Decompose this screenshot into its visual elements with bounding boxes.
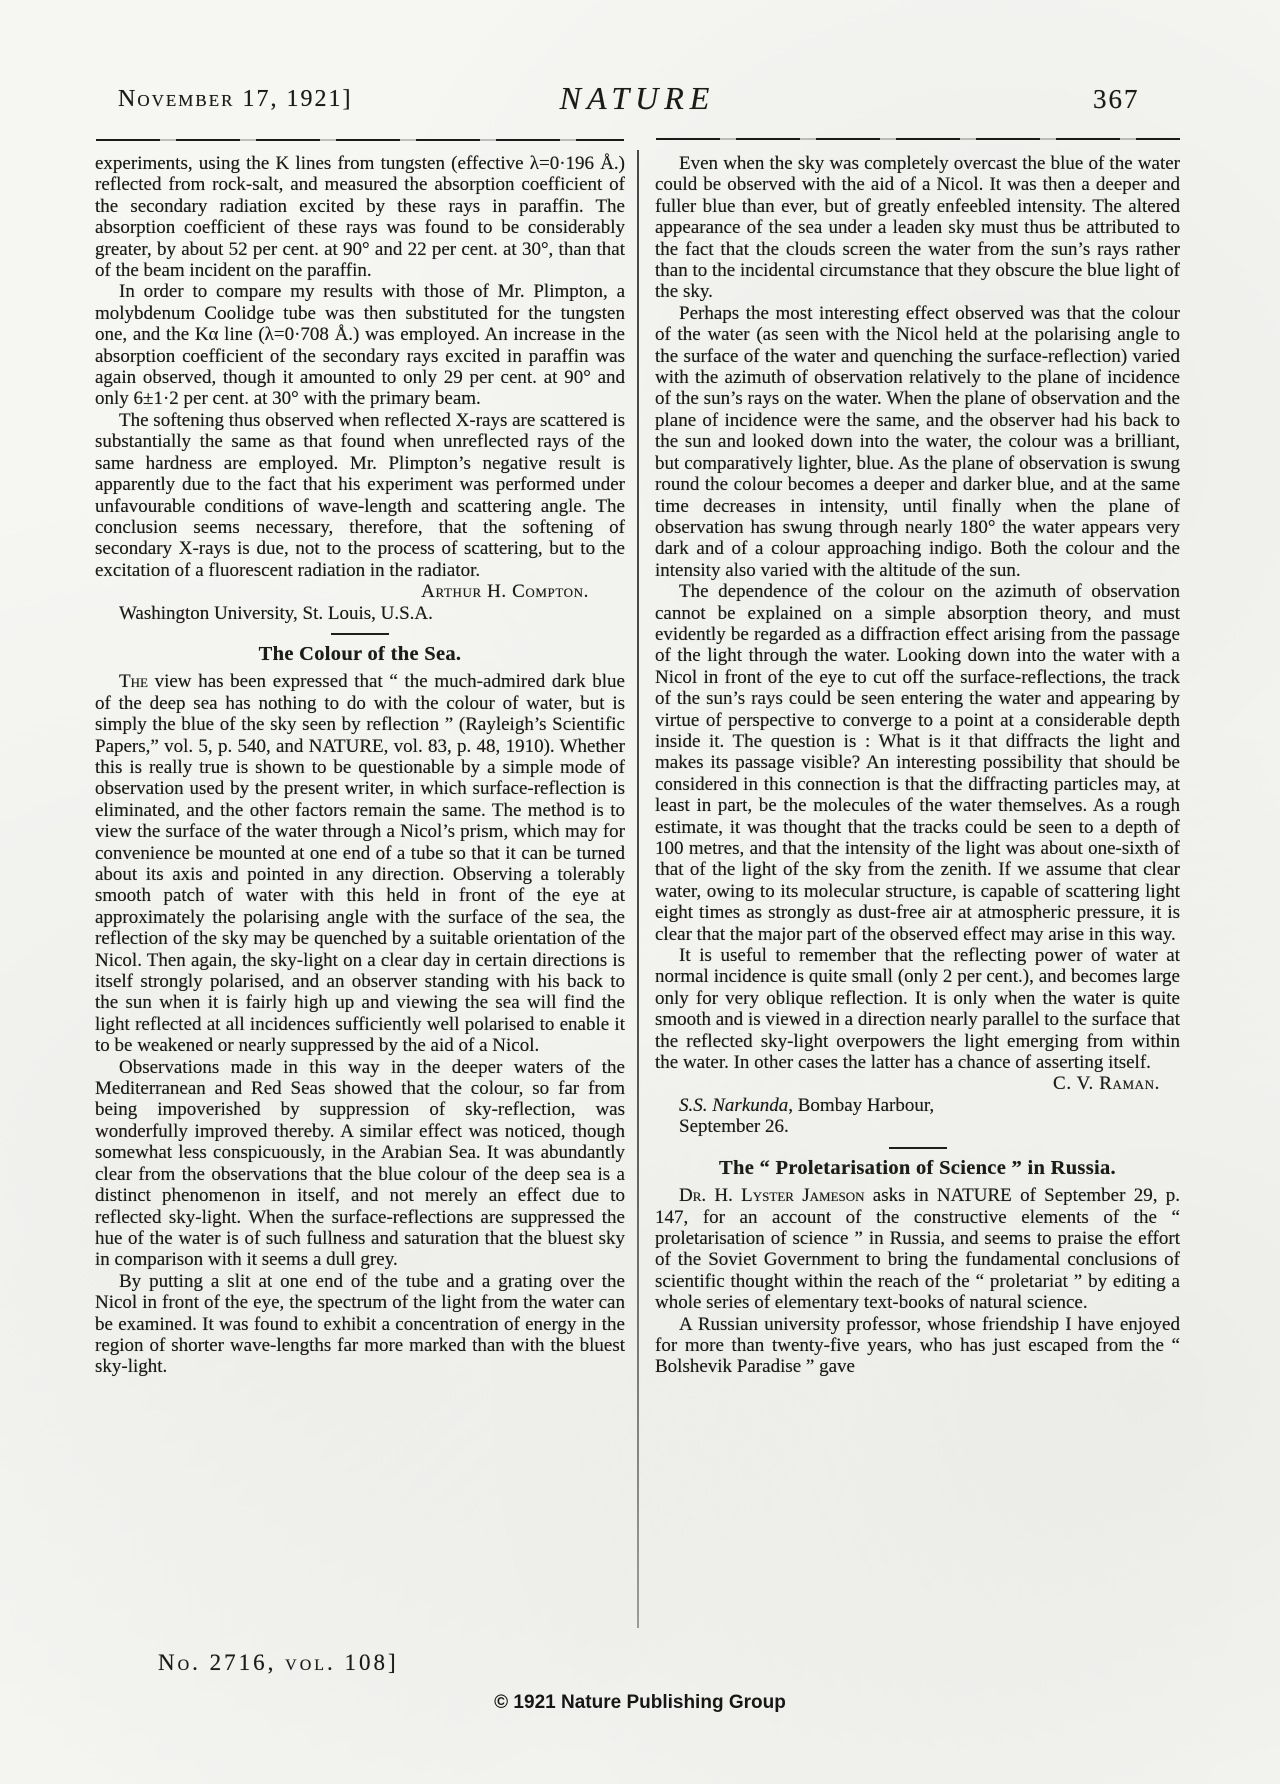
paragraph: The dependence of the colour on the azim…: [655, 581, 1180, 945]
signature-compton: Arthur H. Compton.: [95, 581, 625, 602]
paragraph: In order to compare my results with thos…: [95, 281, 625, 409]
letter-sea: The Colour of the Sea. The view has been…: [95, 644, 625, 1378]
affiliation-compton: Washington University, St. Louis, U.S.A.: [95, 603, 625, 624]
paragraph: Dr. H. Lyster Jameson asks in NATURE of …: [655, 1185, 1180, 1313]
paragraph: Perhaps the most interesting effect obse…: [655, 303, 1180, 581]
journal-page-scan: November 17, 1921] NATURE 367 experiment…: [0, 0, 1280, 1784]
paragraph-text: view has been expressed that “ the much-…: [95, 671, 625, 1056]
paragraph: The softening thus observed when reflect…: [95, 410, 625, 581]
letter-title-sea: The Colour of the Sea.: [95, 644, 625, 665]
letter-date-line: September 26.: [655, 1116, 1180, 1137]
copyright-footer: © 1921 Nature Publishing Group: [0, 1692, 1280, 1714]
section-divider-rule: [889, 1147, 947, 1149]
paragraph: A Russian university professor, whose fr…: [655, 1314, 1180, 1378]
letter-title-russia: The “ Proletarisation of Science ” in Ru…: [655, 1158, 1180, 1179]
letter-russia: The “ Proletarisation of Science ” in Ru…: [655, 1158, 1180, 1378]
ship-name: S.S. Narkunda: [679, 1095, 788, 1116]
section-divider-rule: [331, 633, 389, 635]
issue-volume-line: No. 2716, vol. 108]: [158, 1650, 399, 1676]
column-divider-rule: [637, 150, 639, 1628]
page-number: 367: [1093, 84, 1140, 115]
journal-title: NATURE: [95, 80, 1180, 117]
paragraph: experiments, using the K lines from tung…: [95, 153, 625, 281]
letter-sea-continued: Even when the sky was completely overcas…: [655, 153, 1180, 1138]
paragraph: By putting a slit at one end of the tube…: [95, 1271, 625, 1378]
paragraph: Even when the sky was completely overcas…: [655, 153, 1180, 303]
header-rule-right: [656, 138, 1180, 140]
signature-raman: C. V. Raman.: [655, 1073, 1180, 1094]
right-column: Even when the sky was completely overcas…: [655, 153, 1180, 1713]
paragraph: Observations made in this way in the dee…: [95, 1057, 625, 1271]
header-rule-left: [96, 139, 624, 141]
letter-compton: experiments, using the K lines from tung…: [95, 153, 625, 624]
lead-in: Dr. H. Lyster Jameson: [679, 1185, 865, 1206]
left-column: experiments, using the K lines from tung…: [95, 153, 625, 1713]
lead-in: The: [119, 671, 148, 692]
ship-address-line: S.S. Narkunda, Bombay Harbour,: [655, 1095, 1180, 1116]
paragraph: The view has been expressed that “ the m…: [95, 671, 625, 1056]
ship-address-rest: , Bombay Harbour,: [788, 1095, 934, 1116]
paragraph: It is useful to remember that the reflec…: [655, 945, 1180, 1073]
